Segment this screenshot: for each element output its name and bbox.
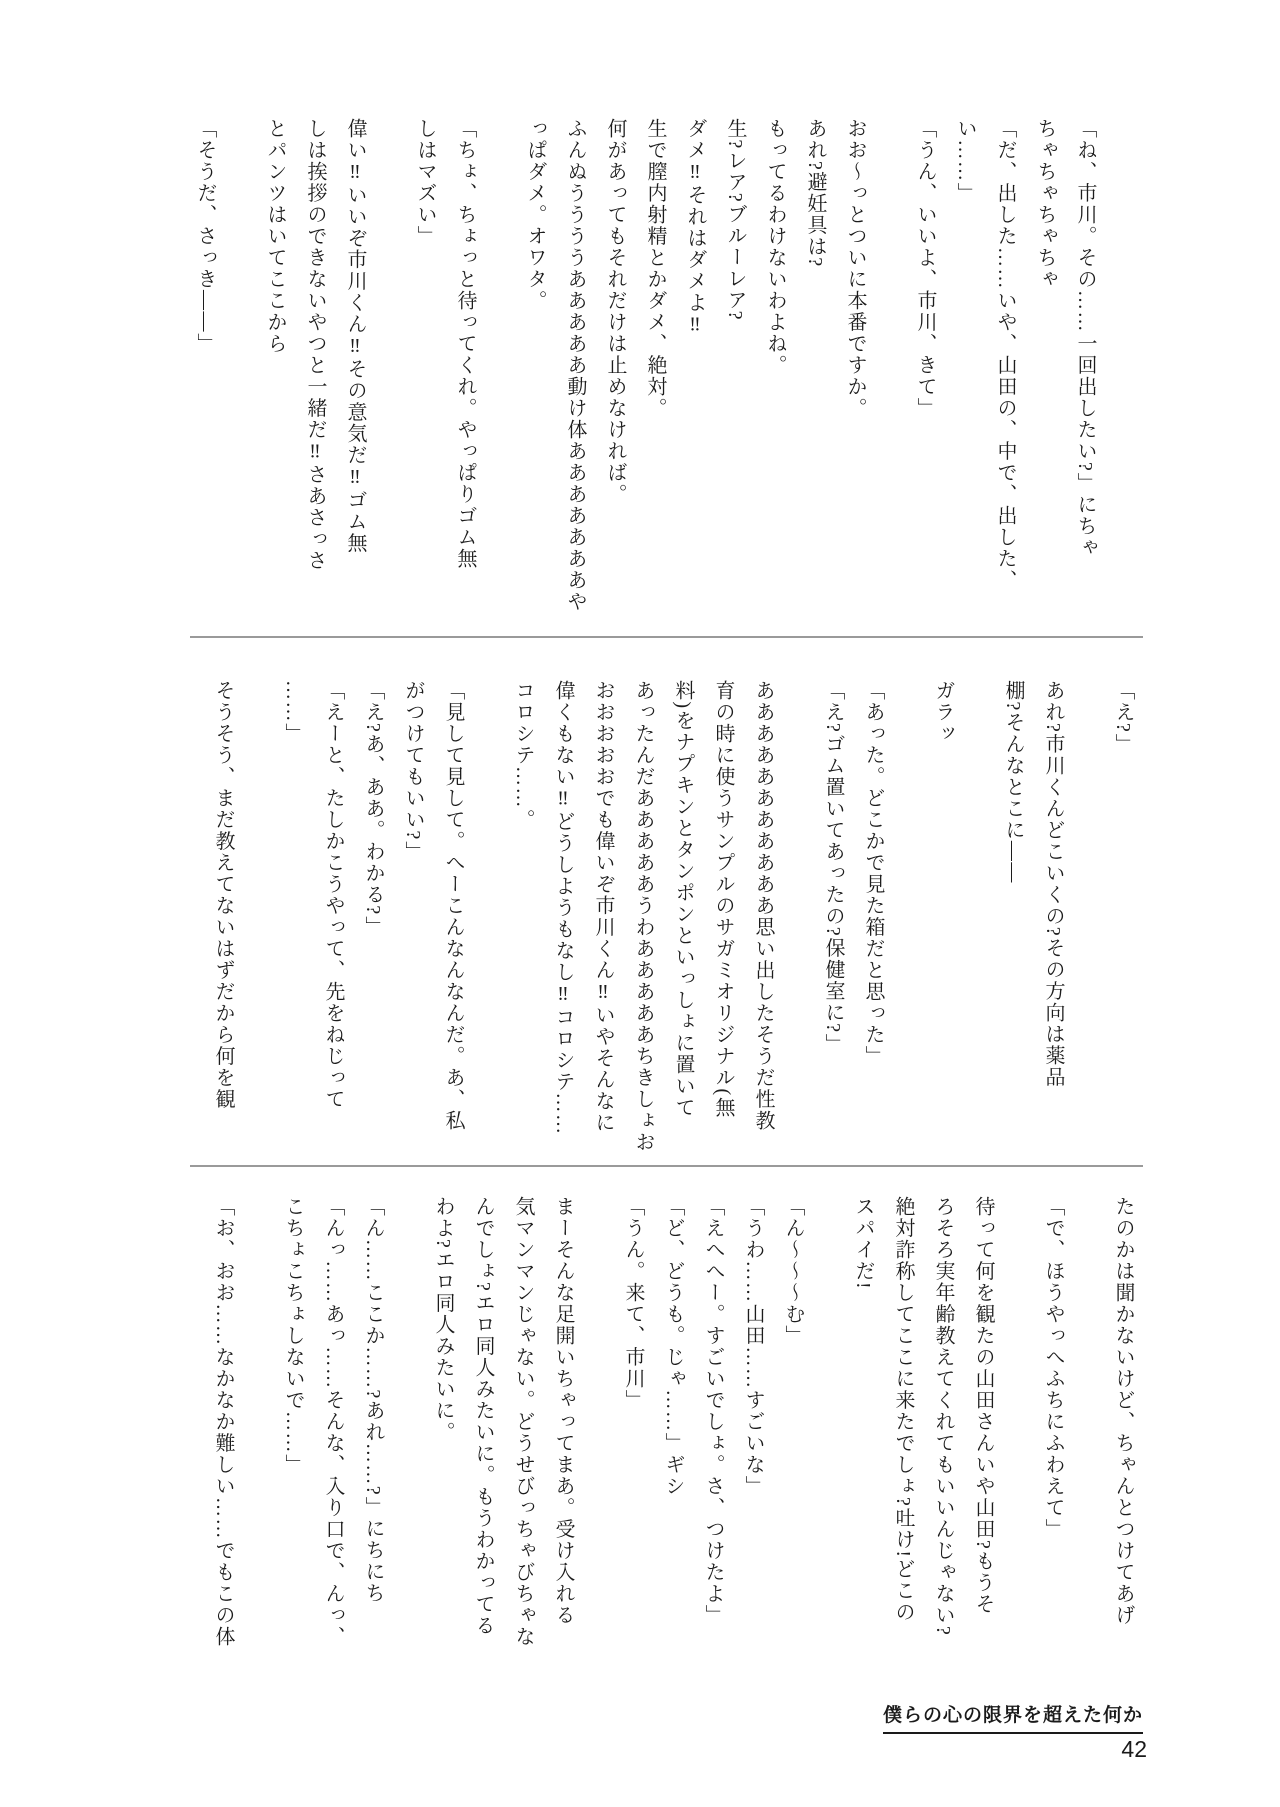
text-column: 「んっ……あっ……そんな、入り口で、んっ、 [313,1196,353,1654]
text-column: 「ちょ、ちょっと待ってくれ。やっぱりゴム無 [445,118,485,618]
text-column: 「え?ゴム置いてあったの?保健室に?」 [813,680,853,1156]
text-column: たのかは聞かないけど、ちゃんとつけてあげ [1103,1196,1143,1654]
paragraph: まーそんな足開いちゃってまあ。受け入れる気マンマンじゃない。どうせびっちゃびちゃ… [423,1196,583,1654]
text-column: 「ん〜〜〜む」 [773,1196,813,1654]
text-column: 何があってもそれだけは止めなければ。 [595,118,635,618]
paragraph: そうそう、まだ教えてないはずだから何を観 [203,680,243,1156]
paragraph: 待って何を観たの山田さんいや山田?もうそろそろ実年齢教えてくれてもいいんじゃない… [843,1196,1003,1654]
text-column: あれ?避妊具は? [795,118,835,618]
page-number: 42 [1121,1736,1147,1763]
paragraph: ガラッ [923,680,963,1156]
paragraph: 「ちょ、ちょっと待ってくれ。やっぱりゴム無しはマズい」 [405,118,485,618]
text-column: 「ね、市川。その……一回出したい?」にちゃ [1065,118,1105,618]
paragraph: たのかは聞かないけど、ちゃんとつけてあげ [1103,1196,1143,1654]
text-column: 「うん。来て、市川」 [613,1196,653,1654]
section-separator [190,1165,1143,1167]
text-column: 「お、おお……なかなか難しい……でもこの体 [203,1196,243,1654]
text-column: あああああああああああ思い出したそうだ性教 [743,680,783,1156]
text-column: 「で、ほうやっへふちにふわえて」 [1033,1196,1073,1654]
text-column: 絶対詐称してここに来たでしょ?吐け!どこの [883,1196,923,1654]
text-column: あれ?市川くんどこいくの?その方向は薬品 [1033,680,1073,1156]
text-column: んでしょ?エロ同人みたいに。もうわかってる [463,1196,503,1654]
text-column: 「え?」 [1103,680,1143,1156]
paragraph: 「え?」 [1103,680,1143,1156]
paragraph: 「で、ほうやっへふちにふわえて」 [1033,1196,1073,1654]
text-column: わよ?エロ同人みたいに。 [423,1196,463,1654]
section-separator [190,636,1143,638]
text-column: 「うん、いいよ、市川、きて」 [905,118,945,618]
text-column: 「見して見して。へーこんなんなんだ。あ、私 [433,680,473,1156]
paragraph: 偉い‼いいぞ市川くん‼その意気だ‼ゴム無しは挨拶のできないやつと一緒だ‼さあさっ… [255,118,375,618]
page: 「ね、市川。その……一回出したい?」にちゃちゃちゃちゃちゃ「だ、出した……いや、… [0,0,1280,1807]
text-section-3: たのかは聞かないけど、ちゃんとつけてあげ「で、ほうやっへふちにふわえて」待って何… [173,1196,1143,1654]
text-column: 「えへへー。すごいでしょ。さ、つけたよ」 [693,1196,733,1654]
text-column: ダメ‼それはダメよ‼ [675,118,715,618]
text-column: おお〜っとついに本番ですか。 [835,118,875,618]
text-column: 「だ、出した……いや、山田の、中で、出した、 [985,118,1025,618]
text-column: い……」 [945,118,985,618]
text-column: 偉い‼いいぞ市川くん‼その意気だ‼ゴム無 [335,118,375,618]
paragraph: 「ね、市川。その……一回出したい?」にちゃちゃちゃちゃちゃ「だ、出した……いや、… [905,118,1105,618]
text-column: そうそう、まだ教えてないはずだから何を観 [203,680,243,1156]
text-column: ガラッ [923,680,963,1156]
text-column: もってるわけないわよね。 [755,118,795,618]
text-column: あったんだあああああうわあああああちきしょお [623,680,663,1156]
text-section-1: 「ね、市川。その……一回出したい?」にちゃちゃちゃちゃちゃ「だ、出した……いや、… [155,118,1105,618]
text-section-2: 「え?」あれ?市川くんどこいくの?その方向は薬品棚?そんなとこに――ガラッ「あっ… [173,680,1143,1156]
text-column: 棚?そんなとこに―― [993,680,1033,1156]
text-column: 「そうだ、さっき――」 [185,118,225,618]
text-column: しは挨拶のできないやつと一緒だ‼さあさっさ [295,118,335,618]
text-column: 偉くもない‼どうしようもなし‼コロシテ…… [543,680,583,1156]
paragraph: おお〜っとついに本番ですか。あれ?避妊具は?もってるわけないわよね。生?レア?ブ… [515,118,875,618]
text-column: 料)をナプキンとタンポンといっしょに置いて [663,680,703,1156]
text-column: おおおおおでも偉いぞ市川くん‼いやそんなに [583,680,623,1156]
paragraph: あれ?市川くんどこいくの?その方向は薬品棚?そんなとこに―― [993,680,1073,1156]
footer-story-title: 僕らの心の限界を超えた何か [883,1700,1143,1734]
text-column: ふんぬううううあああああ動け体あああああああや [555,118,595,618]
paragraph: 「お、おお……なかなか難しい……でもこの体 [203,1196,243,1654]
text-column: まーそんな足開いちゃってまあ。受け入れる [543,1196,583,1654]
paragraph: 「見して見して。へーこんなんなんだ。あ、私がつけてもいい?」「え?あ、ああ。わか… [273,680,473,1156]
paragraph: あああああああああああ思い出したそうだ性教育の時に使うサンプルのサガミオリジナル… [503,680,783,1156]
text-column: 生?レア?ブルーレア? [715,118,755,618]
text-column: こちょこちょしないで……」 [273,1196,313,1654]
text-column: コロシテ……。 [503,680,543,1156]
text-column: ……」 [273,680,313,1156]
text-column: がつけてもいい?」 [393,680,433,1156]
text-column: 「ど、どうも。じゃ……」ギシ [653,1196,693,1654]
text-column: っぱダメ。オワタ。 [515,118,555,618]
text-column: ろそろ実年齢教えてくれてもいいんじゃない? [923,1196,963,1654]
text-column: 待って何を観たの山田さんいや山田?もうそ [963,1196,1003,1654]
text-column: 「あった。どこかで見た箱だと思った」 [853,680,893,1156]
text-column: しはマズい」 [405,118,445,618]
text-column: 「ん……ここか……?あれ……?」にちにち [353,1196,393,1654]
text-column: ちゃちゃちゃちゃ [1025,118,1065,618]
text-column: 生で膣内射精とかダメ、絶対。 [635,118,675,618]
text-column: 育の時に使うサンプルのサガミオリジナル(無 [703,680,743,1156]
paragraph: 「そうだ、さっき――」 [185,118,225,618]
text-column: とパンツはいてここから [255,118,295,618]
paragraph: 「あった。どこかで見た箱だと思った」「え?ゴム置いてあったの?保健室に?」 [813,680,893,1156]
paragraph: 「ん〜〜〜む」「うわ……山田……すごいな」「えへへー。すごいでしょ。さ、つけたよ… [613,1196,813,1654]
text-column: 「え?あ、ああ。わかる?」 [353,680,393,1156]
text-column: 「えーと、たしかこうやって、先をねじって [313,680,353,1156]
text-column: 気マンマンじゃない。どうせびっちゃびちゃな [503,1196,543,1654]
text-column: スパイだ! [843,1196,883,1654]
paragraph: 「ん……ここか……?あれ……?」にちにち「んっ……あっ……そんな、入り口で、んっ… [273,1196,393,1654]
text-column: 「うわ……山田……すごいな」 [733,1196,773,1654]
